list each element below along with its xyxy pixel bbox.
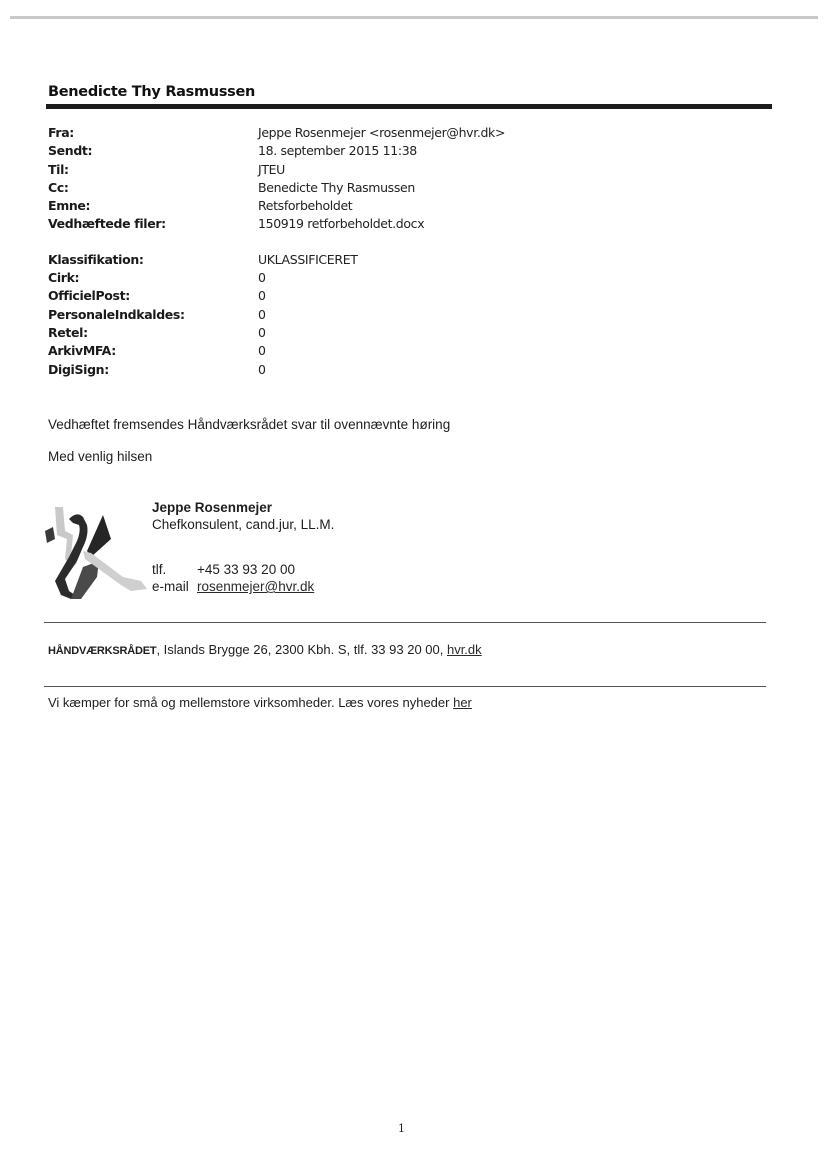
signature-email-row: e-mail rosenmejer@hvr.dk	[152, 578, 334, 595]
signature-name: Jeppe Rosenmejer	[152, 499, 334, 516]
meta-row-arkivmfa: ArkivMFA: 0	[48, 342, 505, 360]
meta-row-retel: Retel: 0	[48, 324, 505, 342]
header-row-to: Til: JTEU	[48, 161, 505, 179]
meta-label: Cirk:	[48, 269, 258, 287]
email-label: e-mail	[152, 578, 197, 595]
header-row-subject: Emne: Retsforbeholdet	[48, 197, 505, 215]
header-value: Benedicte Thy Rasmussen	[258, 179, 415, 197]
header-label: Fra:	[48, 124, 258, 142]
meta-row-cirk: Cirk: 0	[48, 269, 505, 287]
page-number: 1	[398, 1122, 405, 1135]
header-row-sent: Sendt: 18. september 2015 11:38	[48, 142, 505, 160]
meta-row-personaleindkaldes: PersonaleIndkaldes: 0	[48, 306, 505, 324]
scan-top-rule	[10, 16, 818, 19]
meta-value: 0	[258, 287, 266, 305]
meta-label: Klassifikation:	[48, 251, 258, 269]
header-value: 18. september 2015 11:38	[258, 142, 417, 160]
header-label: Sendt:	[48, 142, 258, 160]
body-closing: Med venlig hilsen	[48, 449, 152, 464]
header-label: Cc:	[48, 179, 258, 197]
header-label: Emne:	[48, 197, 258, 215]
meta-label: Retel:	[48, 324, 258, 342]
organization-name: HÅNDVÆRKSRÅDET	[48, 645, 156, 657]
meta-value: 0	[258, 342, 266, 360]
signature-phone-row: tlf. +45 33 93 20 00	[152, 561, 334, 578]
signature-spacer	[152, 533, 334, 561]
attachment-filename: 150919 retforbeholdet.docx	[258, 215, 424, 233]
phone-number: +45 33 93 20 00	[197, 561, 295, 578]
header-row-from: Fra: Jeppe Rosenmejer <rosenmejer@hvr.dk…	[48, 124, 505, 142]
header-value: Retsforbeholdet	[258, 197, 352, 215]
news-link[interactable]: her	[453, 695, 472, 710]
header-row-cc: Cc: Benedicte Thy Rasmussen	[48, 179, 505, 197]
meta-label: DigiSign:	[48, 361, 258, 379]
meta-label: OfficielPost:	[48, 287, 258, 305]
email-header-table: Fra: Jeppe Rosenmejer <rosenmejer@hvr.dk…	[48, 124, 505, 379]
header-value: JTEU	[258, 161, 285, 179]
header-label: Til:	[48, 161, 258, 179]
meta-row-classification: Klassifikation: UKLASSIFICERET	[48, 251, 505, 269]
signature-title: Chefkonsulent, cand.jur, LL.M.	[152, 516, 334, 533]
tagline-text: Vi kæmper for små og mellemstore virksom…	[48, 695, 453, 710]
meta-value: 0	[258, 269, 266, 287]
phone-label: tlf.	[152, 561, 197, 578]
header-label: Vedhæftede filer:	[48, 215, 258, 233]
footer-divider-bottom	[44, 686, 766, 687]
email-signature: Jeppe Rosenmejer Chefkonsulent, cand.jur…	[43, 495, 363, 605]
meta-value: 0	[258, 361, 266, 379]
meta-label: ArkivMFA:	[48, 342, 258, 360]
email-link[interactable]: rosenmejer@hvr.dk	[197, 578, 314, 595]
meta-value: 0	[258, 306, 266, 324]
meta-value: UKLASSIFICERET	[258, 251, 358, 269]
organization-address-line: HÅNDVÆRKSRÅDET, Islands Brygge 26, 2300 …	[48, 642, 482, 657]
tagline-line: Vi kæmper for små og mellemstore virksom…	[48, 695, 472, 710]
recipient-name: Benedicte Thy Rasmussen	[48, 84, 255, 100]
header-value: Jeppe Rosenmejer <rosenmejer@hvr.dk>	[258, 124, 505, 142]
header-row-attachments: Vedhæftede filer: 150919 retforbeholdet.…	[48, 215, 505, 233]
organization-address: , Islands Brygge 26, 2300 Kbh. S, tlf. 3…	[156, 642, 447, 657]
meta-row-digisign: DigiSign: 0	[48, 361, 505, 379]
signature-text: Jeppe Rosenmejer Chefkonsulent, cand.jur…	[152, 499, 334, 595]
handvaerksraadet-logo-icon	[43, 495, 151, 600]
footer-divider-top	[44, 622, 766, 623]
website-link[interactable]: hvr.dk	[447, 642, 482, 657]
meta-value: 0	[258, 324, 266, 342]
meta-label: PersonaleIndkaldes:	[48, 306, 258, 324]
section-gap	[48, 234, 505, 251]
name-divider	[46, 104, 772, 109]
body-paragraph: Vedhæftet fremsendes Håndværksrådet svar…	[48, 417, 450, 432]
meta-row-officielpost: OfficielPost: 0	[48, 287, 505, 305]
